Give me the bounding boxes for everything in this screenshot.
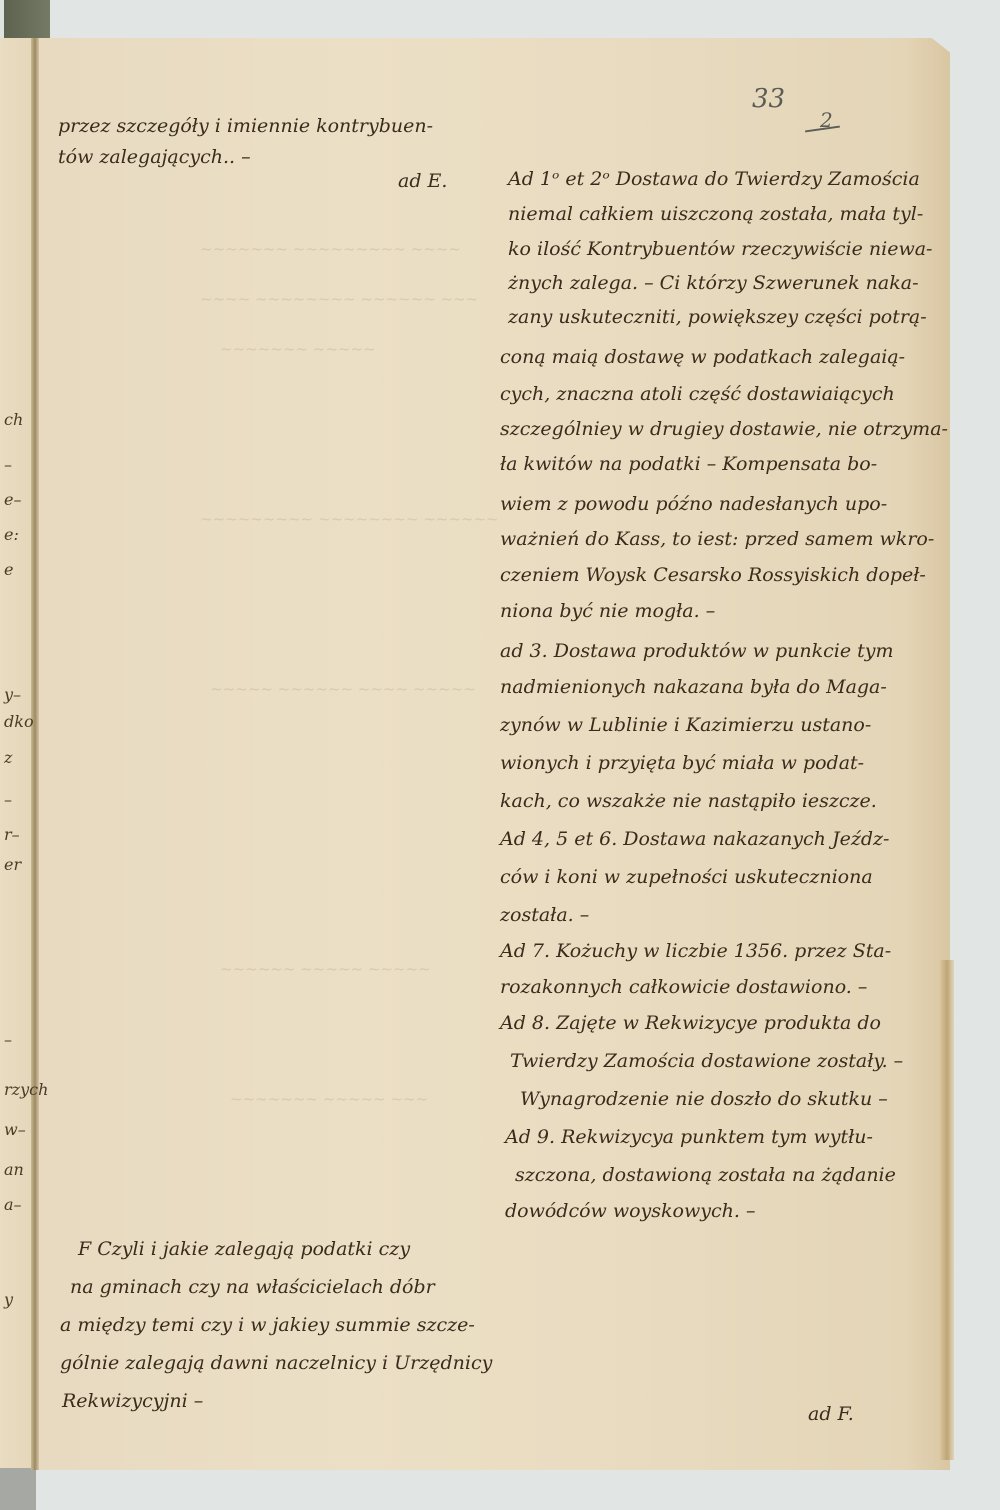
- bleed-through-text: ~~~~~~~~~ ~~~~~~~~ ~~~~~~: [200, 510, 499, 528]
- right-text-line: wiem z powodu późno nadesłanych upo-: [500, 495, 887, 514]
- right-text-line: Wynagrodzenie nie doszło do skutku –: [520, 1090, 888, 1109]
- bleed-through-text: ~~~~~~ ~~~~~ ~~~~~: [220, 960, 431, 978]
- section-F-line: gólnie zalegają dawni naczelnicy i Urzęd…: [60, 1354, 492, 1373]
- right-text-line: ła kwitów na podatki – Kompensata bo-: [500, 455, 877, 474]
- color-calibration-tab: [4, 0, 50, 42]
- right-text-line: zynów w Lublinie i Kazimierzu ustano-: [500, 716, 871, 735]
- margin-fragment: w–: [4, 1120, 26, 1139]
- margin-fragment: –: [4, 790, 12, 809]
- margin-fragment: e:: [4, 525, 19, 544]
- left-text-line: przez szczegóły i imiennie kontrybuen-: [58, 117, 433, 136]
- bleed-through-text: ~~~~~~~ ~~~~~: [220, 340, 376, 358]
- margin-fragment: –: [4, 1030, 12, 1049]
- margin-fragment: ch: [4, 410, 23, 429]
- margin-fragment: r–: [4, 825, 20, 844]
- right-text-line: zany uskuteczniti, powiększey części pot…: [508, 308, 927, 327]
- margin-fragment: y: [4, 1290, 13, 1309]
- margin-fragment: –: [4, 455, 12, 474]
- right-text-line: żnych zalega. – Ci którzy Szwerunek naka…: [508, 274, 919, 293]
- right-text-line: Ad 4, 5 et 6. Dostawa nakazanych Jeźdz-: [500, 830, 889, 849]
- right-text-line: została. –: [500, 906, 589, 925]
- right-text-line: coną maią dostawę w podatkach zalegaią-: [500, 348, 905, 367]
- right-text-line: wionych i przyięta być miała w podat-: [500, 754, 864, 773]
- torn-right-edge: [940, 960, 954, 1460]
- margin-fragment: an: [4, 1160, 24, 1179]
- right-text-line: nadmienionych nakazana była do Maga-: [500, 678, 887, 697]
- bleed-through-text: ~~~~~ ~~~~~~ ~~~~ ~~~~~: [210, 680, 476, 698]
- right-text-line: szczególniey w drugiey dostawie, nie otr…: [500, 420, 948, 439]
- right-text-line: szczona, dostawioną została na żądanie: [515, 1166, 896, 1185]
- bleed-through-text: ~~~~~~~ ~~~~~~~~~ ~~~~: [200, 240, 461, 258]
- section-F-line: a między temi czy i w jakiey summie szcz…: [60, 1316, 475, 1335]
- right-text-line: rozakonnych całkowicie dostawiono. –: [500, 978, 867, 997]
- margin-fragment: z: [4, 748, 12, 767]
- bleed-through-text: ~~~~~~~ ~~~~~ ~~~: [230, 1090, 428, 1108]
- right-text-line: Ad 1ᵒ et 2ᵒ Dostawa do Twierdzy Zamościa: [508, 170, 920, 189]
- right-text-line: dowódców woyskowych. –: [505, 1202, 755, 1221]
- right-text-line: niona być nie mogła. –: [500, 602, 715, 621]
- binding-fold: [31, 38, 39, 1470]
- section-F-line: F Czyli i jakie zalegają podatki czy: [78, 1240, 410, 1259]
- right-text-line: Twierdzy Zamościa dostawione zostały. –: [510, 1052, 903, 1071]
- right-text-line: ważnień do Kass, to iest: przed samem wk…: [500, 530, 934, 549]
- folio-number: 33: [752, 84, 785, 114]
- right-text-line: Ad 7. Kożuchy w liczbie 1356. przez Sta-: [500, 942, 891, 961]
- facing-page-bottom: [0, 1468, 36, 1510]
- margin-fragment: a–: [4, 1195, 22, 1214]
- section-F-line: Rekwizycyjni –: [62, 1392, 203, 1411]
- left-text-line: tów zalegających.. –: [58, 148, 251, 167]
- margin-fragment: rzych: [4, 1080, 48, 1099]
- right-text-line: cych, znaczna atoli część dostawiaiących: [500, 385, 895, 404]
- margin-fragment: dko: [4, 712, 34, 731]
- right-text-line: Ad 9. Rekwizycya punktem tym wytłu-: [505, 1128, 873, 1147]
- margin-fragment: e: [4, 560, 13, 579]
- right-text-line: Ad 8. Zajęte w Rekwizycye produkta do: [500, 1014, 881, 1033]
- section-ref-E: ad E.: [398, 172, 447, 191]
- right-text-line: czeniem Woysk Cesarsko Rossyiskich dopeł…: [500, 566, 926, 585]
- margin-fragment: e–: [4, 490, 21, 509]
- section-F-line: na gminach czy na właścicielach dóbr: [70, 1278, 435, 1297]
- right-text-line: ców i koni w zupełności uskuteczniona: [500, 868, 873, 887]
- right-text-line: niemal całkiem uiszczoną została, mała t…: [508, 205, 923, 224]
- catchword: ad F.: [808, 1405, 854, 1424]
- right-text-line: ko ilość Kontrybuentów rzeczywiście niew…: [508, 240, 932, 259]
- margin-fragment: er: [4, 855, 21, 874]
- bleed-through-text: ~~~~ ~~~~~~~~ ~~~~~~ ~~~: [200, 290, 478, 308]
- right-text-line: kach, co wszakże nie nastąpiło ieszcze.: [500, 792, 877, 811]
- margin-fragment: y–: [4, 685, 21, 704]
- right-text-line: ad 3. Dostawa produktów w punkcie tym: [500, 642, 894, 661]
